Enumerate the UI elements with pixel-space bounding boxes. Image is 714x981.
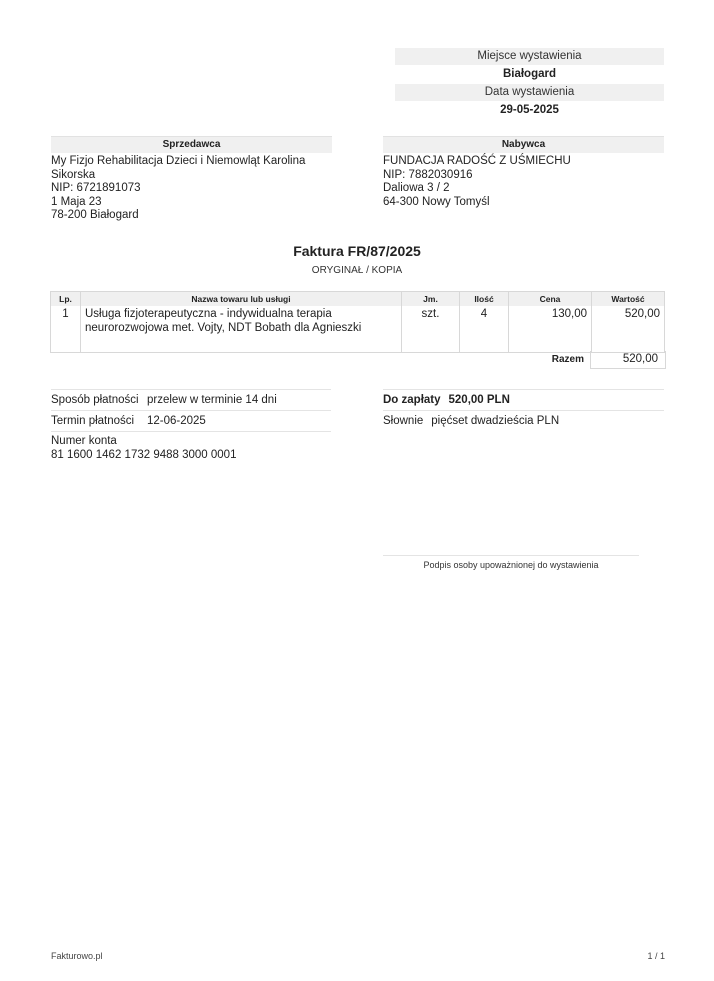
total-value: 520,00: [590, 351, 666, 369]
account-label: Numer konta: [51, 435, 331, 449]
table-row: 1 Usługa fizjoterapeutyczna - indywidual…: [51, 306, 665, 353]
payment-block: Sposób płatnościprzelew w terminie 14 dn…: [51, 389, 331, 462]
buyer-block: Nabywca FUNDACJA RADOŚĆ Z UŚMIECHU NIP: …: [383, 136, 664, 209]
total-label: Razem: [540, 352, 584, 368]
page-number: 1 / 1: [600, 951, 665, 961]
items-header-row: Lp. Nazwa towaru lub usługi Jm. Ilość Ce…: [51, 292, 665, 307]
amount-due-label: Do zapłaty: [383, 390, 441, 410]
payment-method-label: Sposób płatności: [51, 390, 147, 410]
col-header-unit: Jm.: [402, 292, 460, 307]
seller-name: My Fizjo Rehabilitacja Dzieci i Niemowlą…: [51, 155, 332, 182]
items-table: Lp. Nazwa towaru lub usługi Jm. Ilość Ce…: [50, 291, 665, 353]
amount-due-value: 520,00 PLN: [449, 394, 510, 406]
cell-lp: 1: [51, 306, 81, 353]
cell-unit: szt.: [402, 306, 460, 353]
col-header-price: Cena: [509, 292, 592, 307]
issue-place-value: Białogard: [395, 65, 664, 84]
payment-method-value: przelew w terminie 14 dni: [147, 394, 277, 406]
issue-info: Miejsce wystawienia Białogard Data wysta…: [395, 48, 664, 120]
issue-date-label: Data wystawienia: [395, 84, 664, 101]
payment-method-row: Sposób płatnościprzelew w terminie 14 dn…: [51, 389, 331, 410]
footer-brand: Fakturowo.pl: [51, 951, 103, 961]
seller-block: Sprzedawca My Fizjo Rehabilitacja Dzieci…: [51, 136, 332, 223]
payment-due-label: Termin płatności: [51, 411, 147, 431]
issue-date-value: 29-05-2025: [395, 101, 664, 120]
invoice-title: Faktura FR/87/2025: [0, 243, 714, 259]
account-row: Numer konta 81 1600 1462 1732 9488 3000 …: [51, 431, 331, 462]
cell-qty: 4: [460, 306, 509, 353]
amount-due-row: Do zapłaty520,00 PLN: [383, 389, 664, 410]
col-header-lp: Lp.: [51, 292, 81, 307]
seller-street: 1 Maja 23: [51, 196, 332, 210]
col-header-qty: Ilość: [460, 292, 509, 307]
amount-words-value: pięćset dwadzieścia PLN: [431, 415, 559, 427]
seller-nip: NIP: 6721891073: [51, 182, 332, 196]
payment-due-value: 12-06-2025: [147, 415, 206, 427]
amount-words-label: Słownie: [383, 411, 423, 431]
col-header-value: Wartość: [592, 292, 665, 307]
buyer-nip: NIP: 7882030916: [383, 169, 664, 183]
seller-city: 78-200 Białogard: [51, 209, 332, 223]
buyer-street: Daliowa 3 / 2: [383, 182, 664, 196]
signature-line: Podpis osoby upoważnionej do wystawienia: [383, 555, 639, 570]
cell-name: Usługa fizjoterapeutyczna - indywidualna…: [81, 306, 402, 353]
account-number: 81 1600 1462 1732 9488 3000 0001: [51, 449, 331, 463]
payment-due-row: Termin płatności12-06-2025: [51, 410, 331, 431]
cell-price: 130,00: [509, 306, 592, 353]
cell-value: 520,00: [592, 306, 665, 353]
buyer-header: Nabywca: [383, 136, 664, 153]
col-header-name: Nazwa towaru lub usługi: [81, 292, 402, 307]
buyer-city: 64-300 Nowy Tomyśl: [383, 196, 664, 210]
amount-due-block: Do zapłaty520,00 PLN Słowniepięćset dwad…: [383, 389, 664, 431]
seller-header: Sprzedawca: [51, 136, 332, 153]
amount-words-row: Słowniepięćset dwadzieścia PLN: [383, 410, 664, 431]
issue-place-label: Miejsce wystawienia: [395, 48, 664, 65]
buyer-name: FUNDACJA RADOŚĆ Z UŚMIECHU: [383, 155, 664, 169]
invoice-subtitle: ORYGINAŁ / KOPIA: [0, 265, 714, 276]
